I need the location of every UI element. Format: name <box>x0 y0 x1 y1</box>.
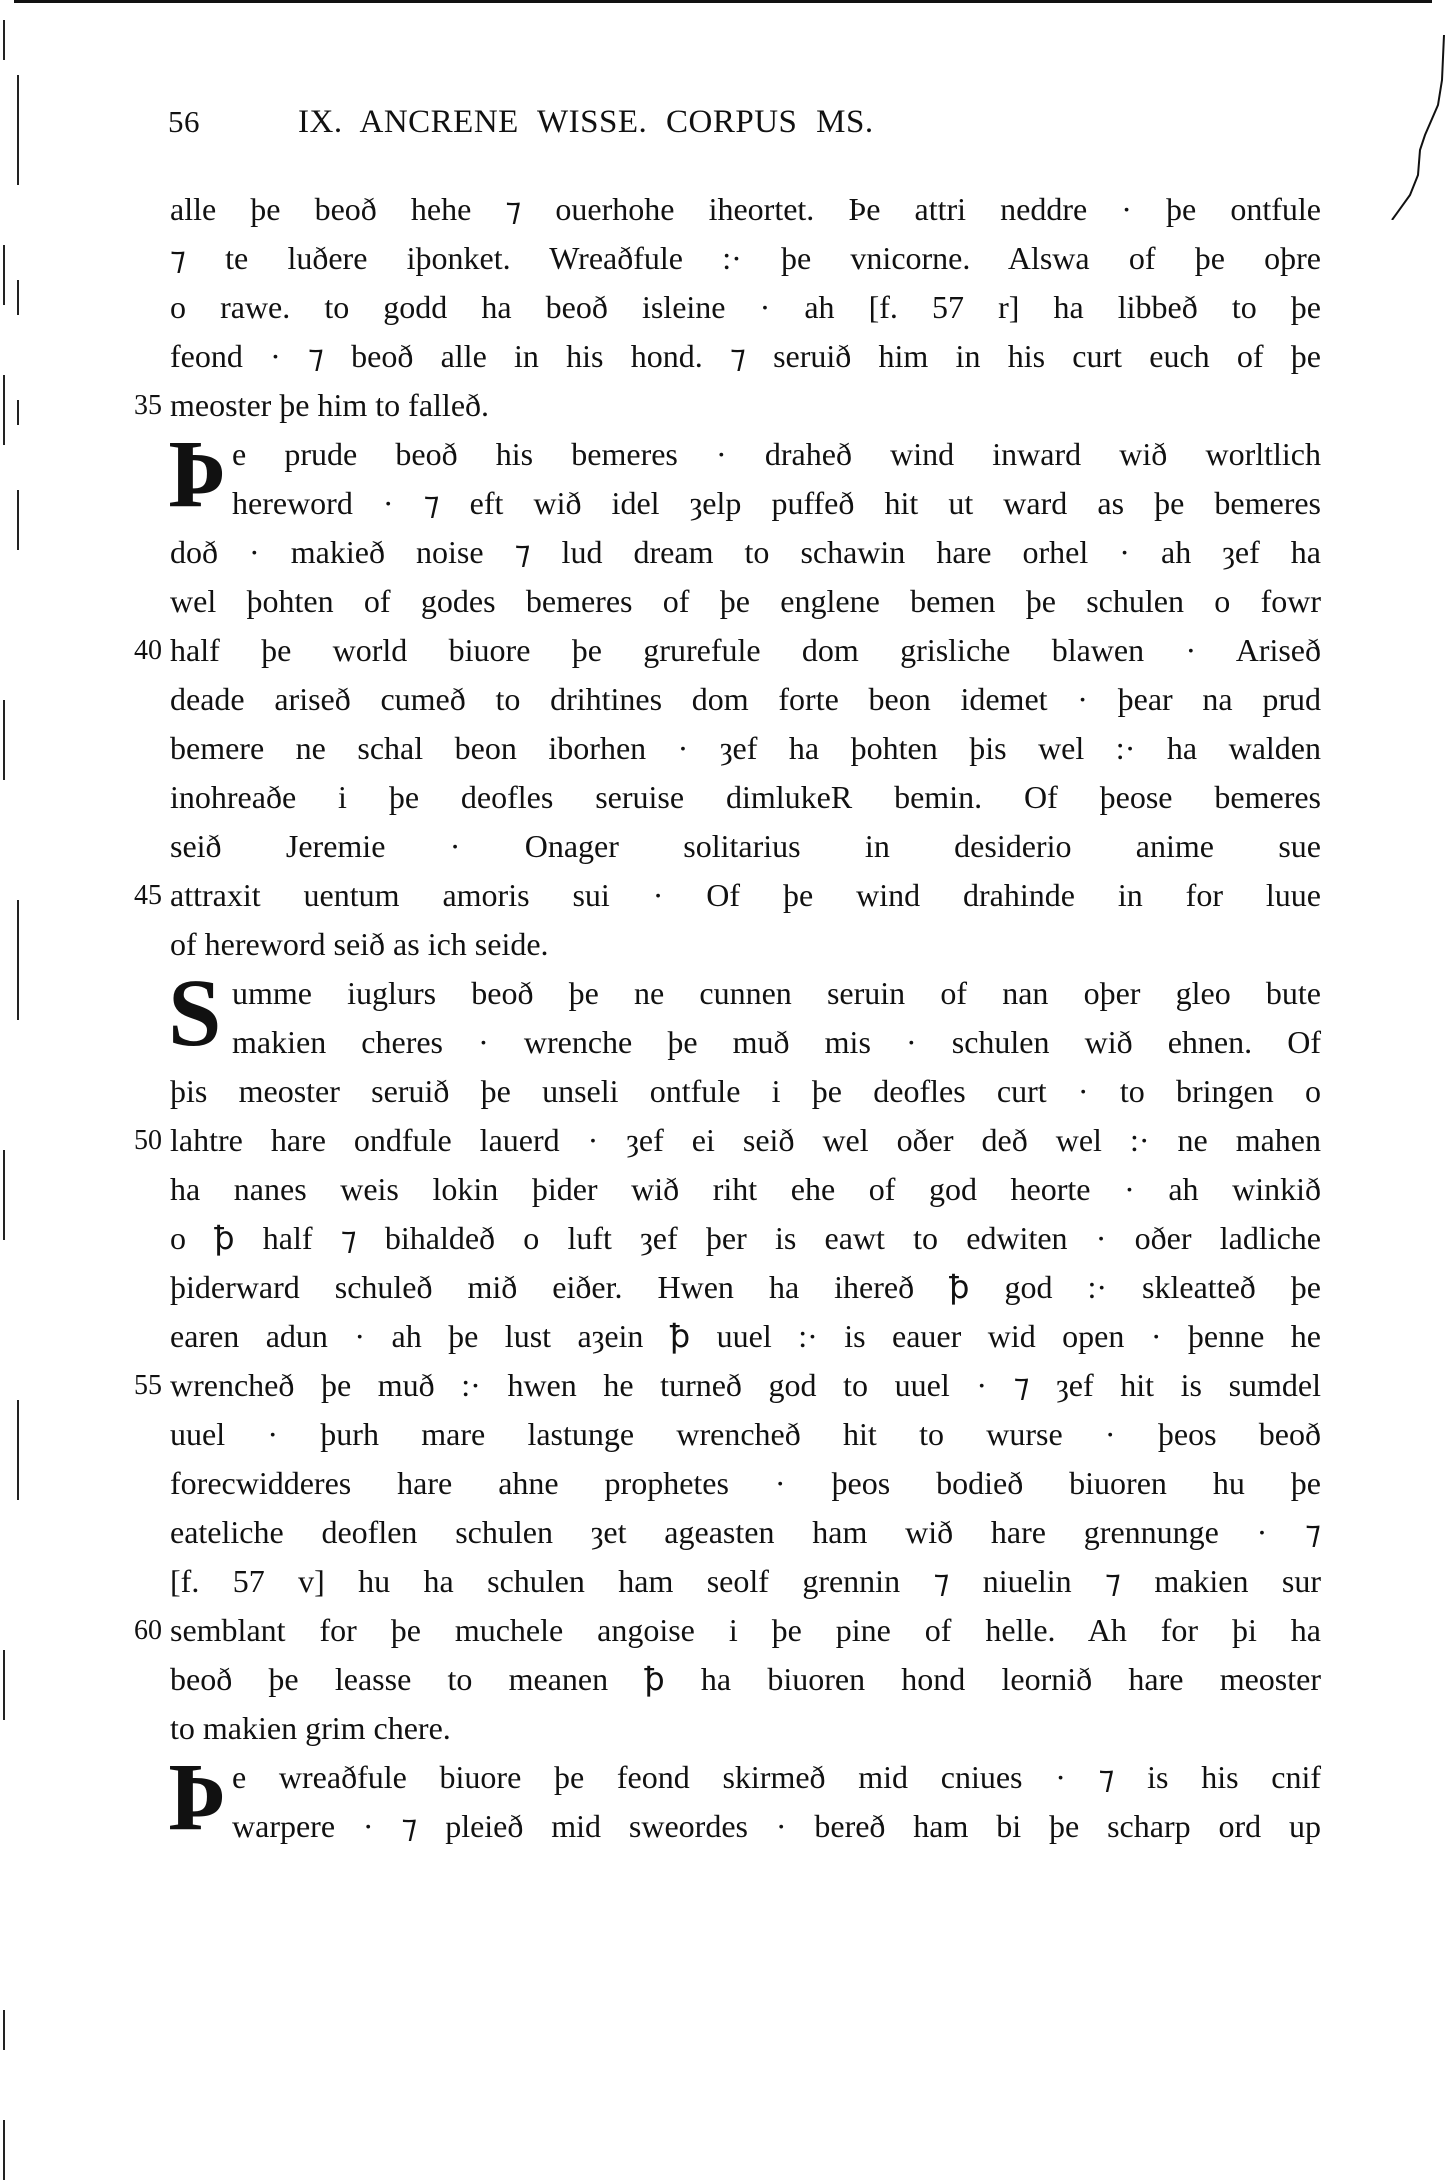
text-line-content: ha nanes weis lokin þider wið riht ehe o… <box>170 1165 1321 1214</box>
text-line: þis meoster seruið þe unseli ontfule i þ… <box>170 1067 1321 1116</box>
text-line-content: o ꝥ half ⁊ bihaldeð o luft ȝef þer is ea… <box>170 1214 1321 1263</box>
text-line: wrencheð þe muð :· hwen he turneð god to… <box>170 1361 1321 1410</box>
text-line: seið Jeremie · Onager solitarius in desi… <box>170 822 1321 871</box>
text-line-content: warpere · ⁊ pleieð mid sweordes · bereð … <box>232 1802 1321 1851</box>
text-line: half þe world biuore þe grurefule dom gr… <box>170 626 1321 675</box>
page-number: 56 <box>168 104 200 140</box>
text-line-content: of hereword seið as ich seide. <box>170 920 1321 969</box>
text-line: e wreaðfule biuore þe feond skirmeð mid … <box>232 1753 1321 1802</box>
text-line: o ꝥ half ⁊ bihaldeð o luft ȝef þer is ea… <box>170 1214 1321 1263</box>
text-line: ⁊ te luðere iþonket. Wreaðfule :· þe vni… <box>170 234 1321 283</box>
margin-scan-line <box>3 2120 5 2180</box>
line-number: 50 <box>100 1116 162 1165</box>
text-line: þiderward schuleð mið eiðer. Hwen ha ihe… <box>170 1263 1321 1312</box>
text-line: beoð þe leasse to meanen ꝥ ha biuoren ho… <box>170 1655 1321 1704</box>
drop-cap: Þ <box>168 1749 227 1845</box>
text-line-content: e wreaðfule biuore þe feond skirmeð mid … <box>232 1753 1321 1802</box>
margin-scan-line <box>17 900 19 1020</box>
text-line-content: eateliche deoflen schulen ȝet ageasten h… <box>170 1508 1321 1557</box>
text-line-content: inohreaðe i þe deofles seruise dimlukeR … <box>170 773 1321 822</box>
text-line: umme iuglurs beoð þe ne cunnen seruin of… <box>232 969 1321 1018</box>
text-line-content: ⁊ te luðere iþonket. Wreaðfule :· þe vni… <box>170 234 1321 283</box>
text-line-content: earen adun · ah þe lust aȝein ꝥ uuel :· … <box>170 1312 1321 1361</box>
text-line: feond · ⁊ beoð alle in his hond. ⁊ serui… <box>170 332 1321 381</box>
text-line-content: forecwidderes hare ahne prophetes · þeos… <box>170 1459 1321 1508</box>
top-border-rule <box>14 0 1432 3</box>
text-line-content: alle þe beoð hehe ⁊ ouerhohe iheortet. Þ… <box>170 185 1321 234</box>
text-line: deade ariseð cumeð to drihtines dom fort… <box>170 675 1321 724</box>
text-line-content: doð · makieð noise ⁊ lud dream to schawi… <box>170 528 1321 577</box>
margin-scan-line <box>3 245 5 305</box>
text-line-content: [f. 57 v] hu ha schulen ham seolf grenni… <box>170 1557 1321 1606</box>
running-title: IX. ANCRENE WISSE. CORPUS MS. <box>298 104 874 141</box>
text-line-content: attraxit uentum amoris sui · Of þe wind … <box>170 871 1321 920</box>
text-line-content: wrencheð þe muð :· hwen he turneð god to… <box>170 1361 1321 1410</box>
line-number: 35 <box>100 381 162 430</box>
text-line-content: half þe world biuore þe grurefule dom gr… <box>170 626 1321 675</box>
text-line: bemere ne schal beon iborhen · ȝef ha þo… <box>170 724 1321 773</box>
text-line-content: beoð þe leasse to meanen ꝥ ha biuoren ho… <box>170 1655 1321 1704</box>
text-line-content: þiderward schuleð mið eiðer. Hwen ha ihe… <box>170 1263 1321 1312</box>
text-line-content: semblant for þe muchele angoise i þe pin… <box>170 1606 1321 1655</box>
text-line: semblant for þe muchele angoise i þe pin… <box>170 1606 1321 1655</box>
margin-scan-line <box>3 1650 5 1720</box>
text-line: warpere · ⁊ pleieð mid sweordes · bereð … <box>232 1802 1321 1851</box>
margin-scan-line <box>17 1400 19 1500</box>
drop-cap: S <box>168 965 221 1061</box>
line-number: 55 <box>100 1361 162 1410</box>
text-line: of hereword seið as ich seide. <box>170 920 1321 969</box>
text-line: meoster þe him to falleð. <box>170 381 1321 430</box>
margin-scan-line <box>3 1150 5 1240</box>
margin-scan-line <box>3 20 5 60</box>
margin-scan-line <box>17 400 19 425</box>
text-line-content: hereword · ⁊ eft wið idel ȝelp puffeð hi… <box>232 479 1321 528</box>
text-line-content: meoster þe him to falleð. <box>170 381 1321 430</box>
margin-scan-line <box>3 700 5 780</box>
text-line: inohreaðe i þe deofles seruise dimlukeR … <box>170 773 1321 822</box>
text-line-content: lahtre hare ondfule lauerd · ȝef ei seið… <box>170 1116 1321 1165</box>
text-line: [f. 57 v] hu ha schulen ham seolf grenni… <box>170 1557 1321 1606</box>
margin-scan-line <box>17 75 19 185</box>
margin-scan-line <box>3 2010 5 2050</box>
text-line: earen adun · ah þe lust aȝein ꝥ uuel :· … <box>170 1312 1321 1361</box>
text-line: to makien grim chere. <box>170 1704 1321 1753</box>
line-number: 45 <box>100 871 162 920</box>
text-line-content: umme iuglurs beoð þe ne cunnen seruin of… <box>232 969 1321 1018</box>
text-line-content: wel þohten of godes bemeres of þe englen… <box>170 577 1321 626</box>
margin-scan-line <box>17 280 19 315</box>
line-number: 40 <box>100 626 162 675</box>
text-line-content: þis meoster seruið þe unseli ontfule i þ… <box>170 1067 1321 1116</box>
text-line-content: makien cheres · wrenche þe muð mis · sch… <box>232 1018 1321 1067</box>
text-line-content: e prude beoð his bemeres · draheð wind i… <box>232 430 1321 479</box>
text-line: ha nanes weis lokin þider wið riht ehe o… <box>170 1165 1321 1214</box>
text-line: eateliche deoflen schulen ȝet ageasten h… <box>170 1508 1321 1557</box>
margin-scan-line <box>17 490 19 550</box>
text-line-content: uuel · þurh mare lastunge wrencheð hit t… <box>170 1410 1321 1459</box>
text-line: attraxit uentum amoris sui · Of þe wind … <box>170 871 1321 920</box>
text-line-content: seið Jeremie · Onager solitarius in desi… <box>170 822 1321 871</box>
text-line: uuel · þurh mare lastunge wrencheð hit t… <box>170 1410 1321 1459</box>
page-edge-curve <box>1380 20 1447 220</box>
text-line-content: feond · ⁊ beoð alle in his hond. ⁊ serui… <box>170 332 1321 381</box>
text-line: makien cheres · wrenche þe muð mis · sch… <box>232 1018 1321 1067</box>
text-line: lahtre hare ondfule lauerd · ȝef ei seið… <box>170 1116 1321 1165</box>
text-line: forecwidderes hare ahne prophetes · þeos… <box>170 1459 1321 1508</box>
text-line: doð · makieð noise ⁊ lud dream to schawi… <box>170 528 1321 577</box>
text-line-content: to makien grim chere. <box>170 1704 1321 1753</box>
text-line-content: o rawe. to godd ha beoð isleine · ah [f.… <box>170 283 1321 332</box>
text-line: hereword · ⁊ eft wið idel ȝelp puffeð hi… <box>232 479 1321 528</box>
text-line: alle þe beoð hehe ⁊ ouerhohe iheortet. Þ… <box>170 185 1321 234</box>
margin-scan-line <box>3 375 5 445</box>
line-number: 60 <box>100 1606 162 1655</box>
text-line-content: deade ariseð cumeð to drihtines dom fort… <box>170 675 1321 724</box>
text-line: o rawe. to godd ha beoð isleine · ah [f.… <box>170 283 1321 332</box>
text-line-content: bemere ne schal beon iborhen · ȝef ha þo… <box>170 724 1321 773</box>
text-line: e prude beoð his bemeres · draheð wind i… <box>232 430 1321 479</box>
text-line: wel þohten of godes bemeres of þe englen… <box>170 577 1321 626</box>
drop-cap: Þ <box>168 426 227 522</box>
